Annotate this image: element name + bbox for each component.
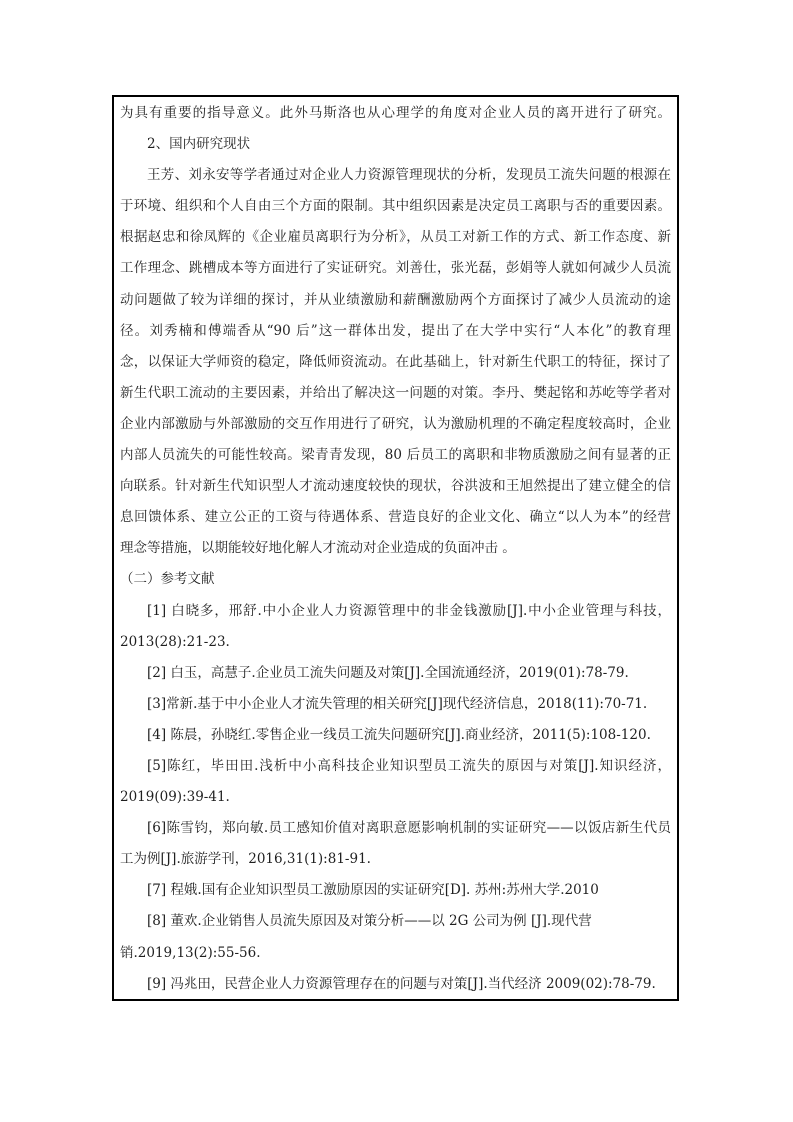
text-line: 于环境、组织和个人自由三个方面的限制。其中组织因素是决定员工离职与否的重要因素。 (120, 191, 671, 222)
reference-line: [2] 白玉，高慧子.企业员工流失问题及对策[J].全国流通经济，2019(01… (120, 658, 671, 689)
text-line: 向联系。针对新生代知识型人才流动速度较快的现状，谷洪波和王旭然提出了建立健全的信 (120, 471, 671, 502)
text-line: 内部人员流失的可能性较高。梁青青发现，80 后员工的离职和非物质激励之间有显著的… (120, 440, 671, 471)
reference-line: [5]陈红，毕田田.浅析中小高科技企业知识型员工流失的原因与对策[J].知识经济… (120, 751, 671, 782)
section-heading: （二）参考文献 (120, 564, 671, 595)
document-page: 为具有重要的指导意义。此外马斯洛也从心理学的角度对企业人员的离开进行了研究。 2… (0, 0, 793, 1122)
text-line: 理念等措施，以期能较好地化解人才流动对企业造成的负面冲击 。 (120, 533, 671, 564)
reference-line: [8] 董欢.企业销售人员流失原因及对策分析——以 2G 公司为例 [J].现代… (120, 906, 671, 937)
reference-line: 销.2019,13(2):55-56. (120, 938, 671, 969)
text-line: 王芳、刘永安等学者通过对企业人力资源管理现状的分析，发现员工流失问题的根源在 (120, 160, 671, 191)
text-line: 动问题做了较为详细的探讨，并从业绩激励和薪酬激励两个方面探讨了减少人员流动的途 (120, 285, 671, 316)
text-line: 息回馈体系、建立公正的工资与待遇体系、营造良好的企业文化、确立“以人为本”的经营 (120, 502, 671, 533)
reference-line: [4] 陈晨，孙晓红.零售企业一线员工流失问题研究[J].商业经济，2011(5… (120, 720, 671, 751)
section-heading: 2、国内研究现状 (120, 129, 671, 160)
reference-line: [6]陈雪钧，郑向敏.员工感知价值对离职意愿影响机制的实证研究——以饭店新生代员 (120, 813, 671, 844)
reference-line: [7] 程娥.国有企业知识型员工激励原因的实证研究[D]. 苏州:苏州大学.20… (120, 875, 671, 906)
reference-line: 工为例[J].旅游学刊，2016,31(1):81-91. (120, 844, 671, 875)
reference-line: [1] 白晓多，邢舒.中小企业人力资源管理中的非金钱激励[J].中小企业管理与科… (120, 596, 671, 627)
table-cell: 为具有重要的指导意义。此外马斯洛也从心理学的角度对企业人员的离开进行了研究。 2… (112, 95, 679, 1001)
text-line: 企业内部激励与外部激励的交互作用进行了研究，认为激励机理的不确定程度较高时，企业 (120, 409, 671, 440)
reference-line: [3]常新.基于中小企业人才流失管理的相关研究[J]现代经济信息，2018(11… (120, 689, 671, 720)
text-line: 工作理念、跳槽成本等方面进行了实证研究。刘善仕，张光磊，彭娟等人就如何减少人员流 (120, 253, 671, 284)
text-line: 为具有重要的指导意义。此外马斯洛也从心理学的角度对企业人员的离开进行了研究。 (120, 98, 671, 129)
text-line: 新生代职工流动的主要因素，并给出了解决这一问题的对策。李丹、樊起铭和苏屹等学者对 (120, 378, 671, 409)
text-line: 念，以保证大学师资的稳定，降低师资流动。在此基础上，针对新生代职工的特征，探讨了 (120, 347, 671, 378)
text-line: 根据赵忠和徐凤辉的《企业雇员离职行为分析》，从员工对新工作的方式、新工作态度、新 (120, 222, 671, 253)
reference-line: 2019(09):39-41. (120, 782, 671, 813)
reference-line: 2013(28):21-23. (120, 627, 671, 658)
text-line: 径。刘秀楠和傅端香从“90 后”这一群体出发，提出了在大学中实行“人本化”的教育… (120, 316, 671, 347)
reference-line: [9] 冯兆田，民营企业人力资源管理存在的问题与对策[J].当代经济 2009(… (120, 969, 671, 1000)
